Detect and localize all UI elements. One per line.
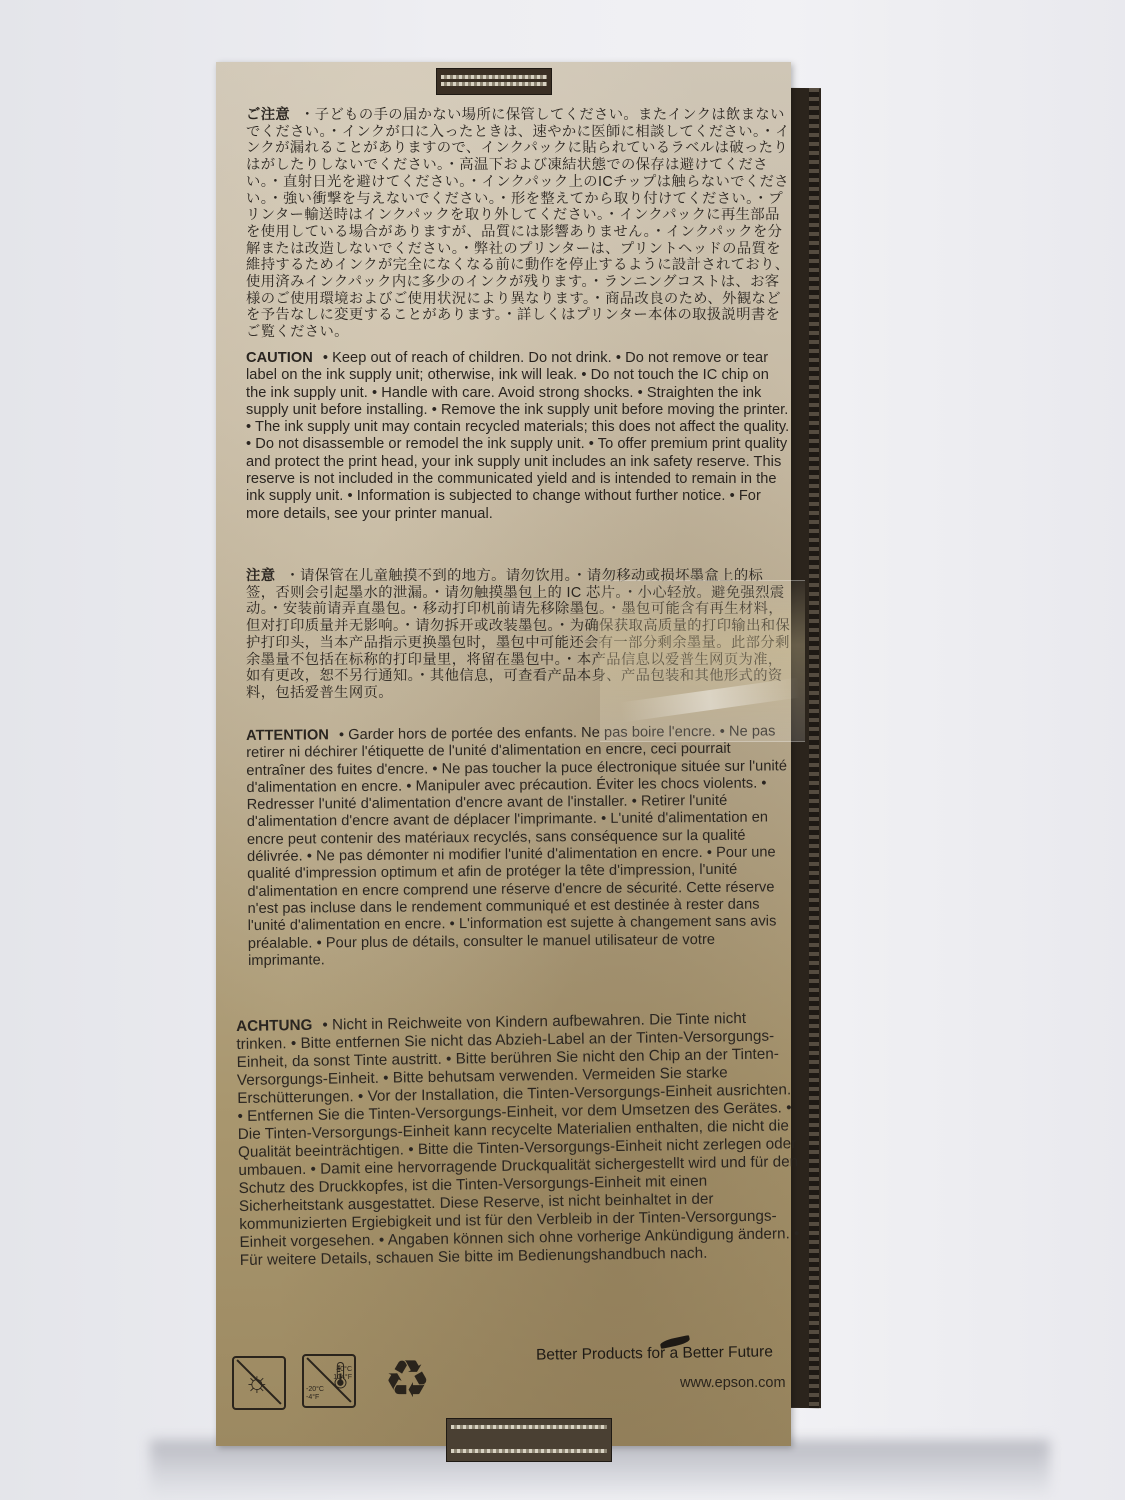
top-tab-slot xyxy=(436,68,552,95)
no-sunlight-icon: ☼ xyxy=(232,1356,286,1410)
sun-icon: ☼ xyxy=(244,1365,270,1399)
temperature-limit-icon: 🌡 40°C 104°F -20°C -4°F xyxy=(302,1354,356,1408)
english-label: CAUTION xyxy=(246,350,313,366)
recycle-icon: ♻ xyxy=(384,1350,431,1410)
french-text: • Garder hors de portée des enfants. Ne … xyxy=(246,723,787,968)
german-caution: ACHTUNG• Nicht in Reichweite von Kindern… xyxy=(236,1009,800,1270)
german-label: ACHTUNG xyxy=(236,1017,313,1035)
french-caution: ATTENTION• Garder hors de portée des enf… xyxy=(246,723,793,970)
temp-low-label: -20°C -4°F xyxy=(306,1386,324,1402)
epson-tagline: Better Products for a Better Future xyxy=(536,1343,773,1364)
japanese-label: ご注意 xyxy=(246,107,290,123)
japanese-text: ・子どもの手の届かない場所に保管してください。またインクは飲まないでください。・… xyxy=(246,107,790,340)
french-label: ATTENTION xyxy=(246,727,329,744)
corrugated-flute xyxy=(809,88,819,1408)
bottom-tab-slot xyxy=(446,1418,612,1462)
japanese-caution: ご注意・子どもの手の届かない場所に保管してください。またインクは飲まないでくださ… xyxy=(246,107,791,341)
english-text: • Keep out of reach of children. Do not … xyxy=(246,350,789,522)
chinese-label: 注意 xyxy=(246,568,275,584)
german-text: • Nicht in Reichweite von Kindern aufbew… xyxy=(236,1010,799,1269)
english-caution: CAUTION• Keep out of reach of children. … xyxy=(246,350,791,523)
epson-url: www.epson.com xyxy=(680,1375,786,1391)
temp-high-label: 40°C 104°F xyxy=(333,1366,352,1382)
